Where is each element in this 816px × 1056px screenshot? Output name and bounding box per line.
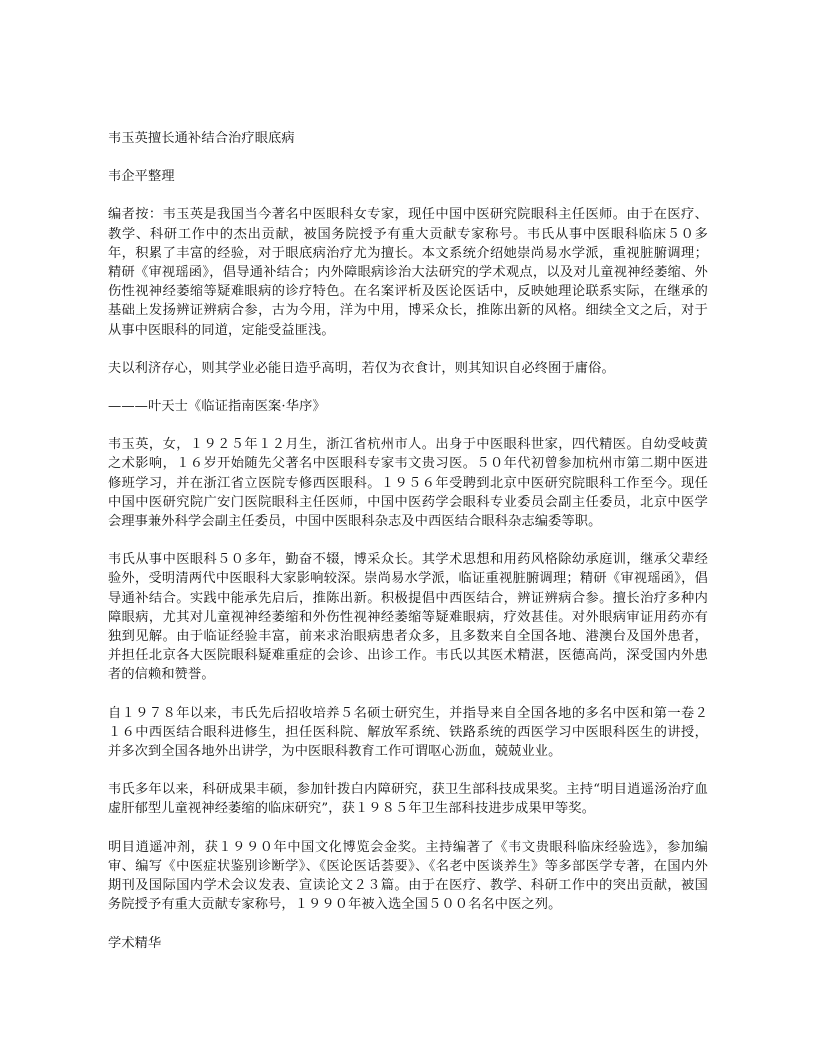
biography-paragraph: 韦玉英，女，１９２５年１２月生，浙江省杭州市人。出身于中医眼科世家，四代精医。自… bbox=[108, 435, 708, 531]
section-heading: 学术精华 bbox=[108, 934, 708, 953]
career-paragraph: 韦氏从事中医眼科５０多年，勤奋不辍，博采众长。其学术思想和用药风格除幼承庭训，继… bbox=[108, 550, 708, 684]
epigraph-quote: 夫以利济存心，则其学业必能日造乎高明，若仅为衣食计，则其知识自必终囿于庸俗。 bbox=[108, 359, 708, 378]
research-paragraph: 韦氏多年以来，科研成果丰硕，参加针拨白内障研究，获卫生部科技成果奖。主持“明目逍… bbox=[108, 780, 708, 818]
document-title: 韦玉英擅长通补结合治疗眼底病 bbox=[108, 129, 708, 148]
author-line: 韦企平整理 bbox=[108, 167, 708, 186]
awards-paragraph: 明目逍遥冲剂，获１９９０年中国文化博览会金奖。主持编著了《韦文贵眼科临床经验选》… bbox=[108, 838, 708, 915]
teaching-paragraph: 自１９７８年以来，韦氏先后招收培养５名硕士研究生，并指导来自全国各地的多名中医和… bbox=[108, 704, 708, 762]
document-page: 韦玉英擅长通补结合治疗眼底病 韦企平整理 编者按：韦玉英是我国当今著名中医眼科女… bbox=[108, 129, 708, 972]
epigraph-attribution: ———叶天士《临证指南医案·华序》 bbox=[108, 397, 708, 416]
editor-note-paragraph: 编者按：韦玉英是我国当今著名中医眼科女专家，现任中国中医研究院眼科主任医师。由于… bbox=[108, 205, 708, 339]
